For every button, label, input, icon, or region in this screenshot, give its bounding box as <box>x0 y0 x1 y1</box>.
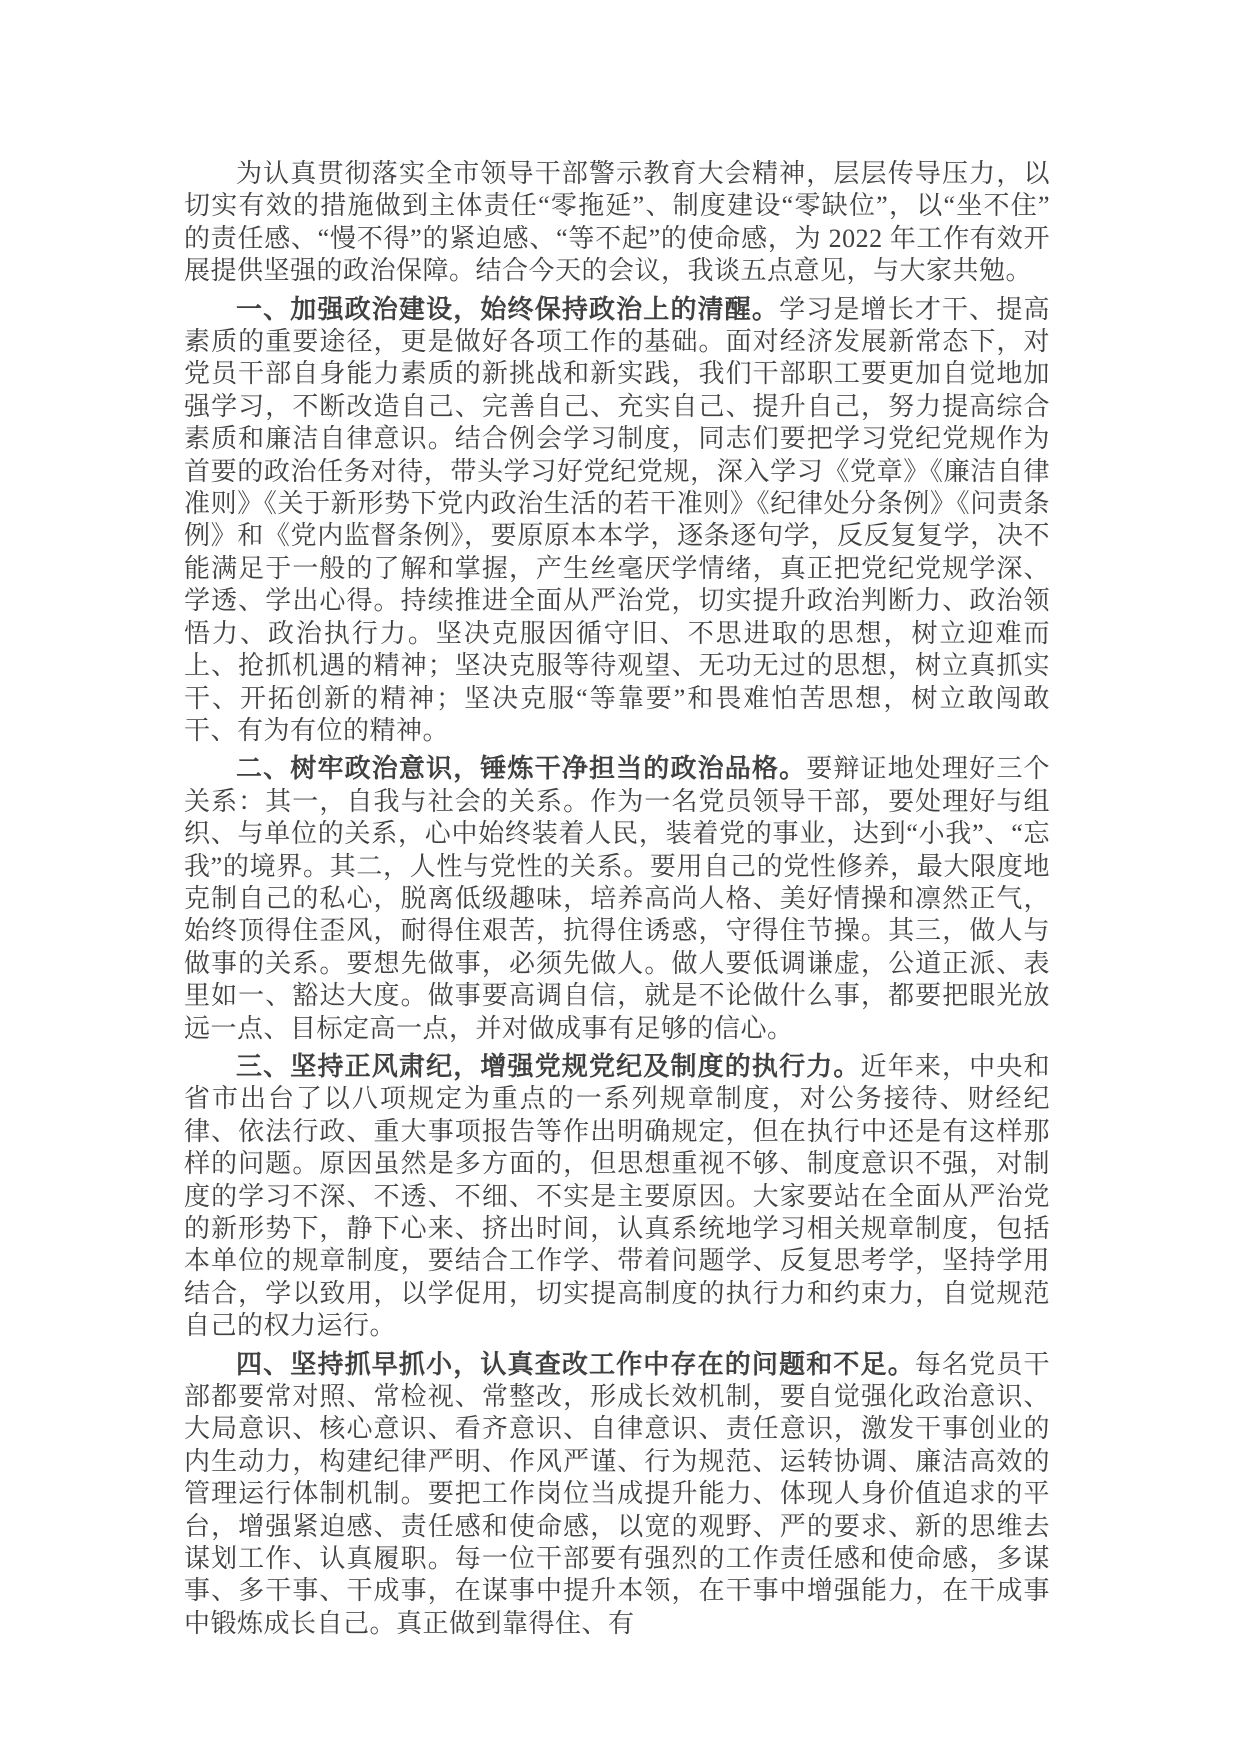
paragraph-intro-text: 为认真贯彻落实全市领导干部警示教育大会精神，层层传导压力，以切实有效的措施做到主… <box>184 159 1050 285</box>
section-1-heading: 一、加强政治建设，始终保持政治上的清醒。 <box>236 295 779 324</box>
section-4-text: 每名党员干部都要常对照、常检视、常整改，形成长效机制，要自觉强化政治意识、大局意… <box>184 1350 1050 1638</box>
section-4-heading: 四、坚持抓早抓小，认真查改工作中存在的问题和不足。 <box>236 1350 915 1379</box>
document-page: 为认真贯彻落实全市领导干部警示教育大会精神，层层传导压力，以切实有效的措施做到主… <box>0 0 1240 1754</box>
paragraph-section-3: 三、坚持正风肃纪，增强党规党纪及制度的执行力。近年来，中央和省市出台了以八项规定… <box>184 1051 1050 1343</box>
paragraph-section-1: 一、加强政治建设，始终保持政治上的清醒。学习是增长才干、提高素质的重要途径，更是… <box>184 294 1050 748</box>
paragraph-section-4: 四、坚持抓早抓小，认真查改工作中存在的问题和不足。每名党员干部都要常对照、常检视… <box>184 1349 1050 1641</box>
document-body: 为认真贯彻落实全市领导干部警示教育大会精神，层层传导压力，以切实有效的措施做到主… <box>184 158 1050 1640</box>
section-2-heading: 二、树牢政治意识，锤炼干净担当的政治品格。 <box>236 754 806 783</box>
section-2-text: 要辩证地处理好三个关系：其一，自我与社会的关系。作为一名党员领导干部，要处理好与… <box>184 754 1050 1042</box>
section-3-text: 近年来，中央和省市出台了以八项规定为重点的一系列规章制度，对公务接待、财经纪律、… <box>184 1052 1050 1340</box>
paragraph-intro: 为认真贯彻落实全市领导干部警示教育大会精神，层层传导压力，以切实有效的措施做到主… <box>184 158 1050 288</box>
paragraph-section-2: 二、树牢政治意识，锤炼干净担当的政治品格。要辩证地处理好三个关系：其一，自我与社… <box>184 753 1050 1045</box>
section-1-text: 学习是增长才干、提高素质的重要途径，更是做好各项工作的基础。面对经济发展新常态下… <box>184 295 1050 745</box>
section-3-heading: 三、坚持正风肃纪，增强党规党纪及制度的执行力。 <box>236 1052 861 1081</box>
